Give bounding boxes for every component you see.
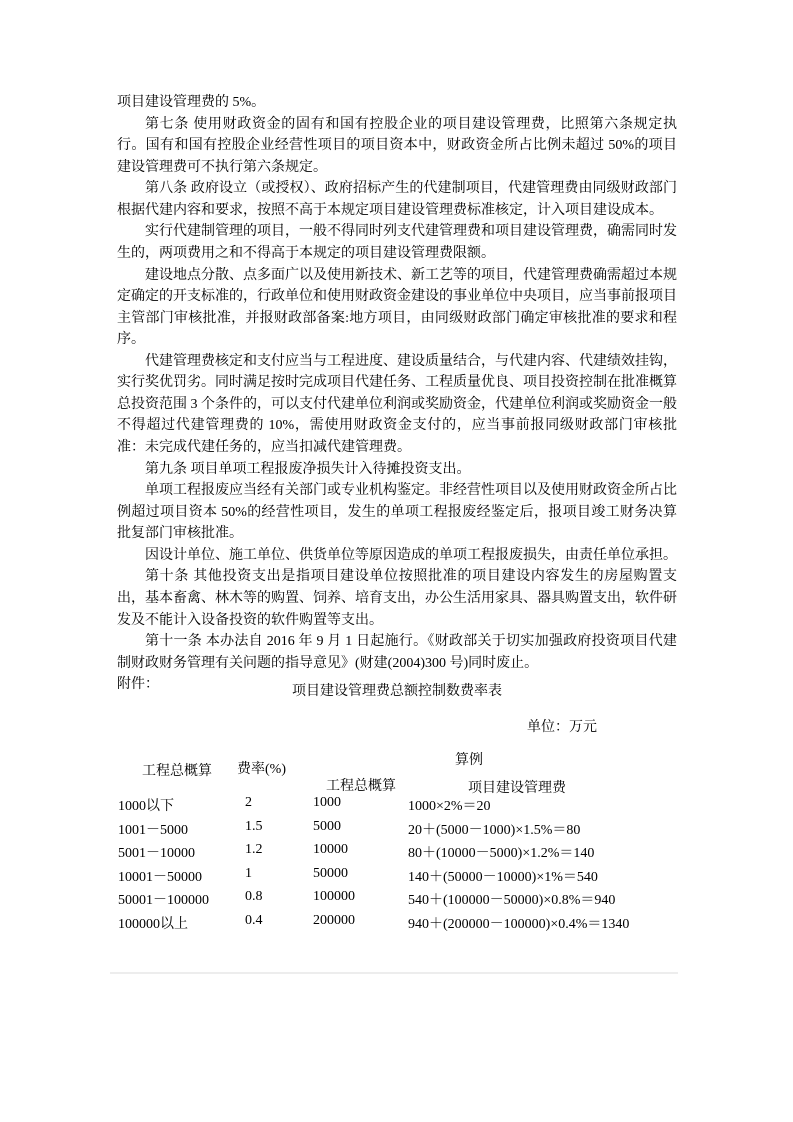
cell-range: 1000以下: [118, 795, 174, 815]
page-bottom-divider: [110, 972, 678, 974]
table-body: 1000以下 2 1000 1000×2%＝20 1001－5000 1.5 5…: [117, 793, 677, 935]
table-header: 工程总概算 费率(%) 算例 工程总概算 项目建设管理费: [117, 743, 677, 793]
paragraph-article-9-sub2: 因设计单位、施工单位、供货单位等原因造成的单项工程报废损失，由责任单位承担。: [117, 545, 677, 567]
paragraph-article-9-sub1: 单项工程报废应当经有关部门或专业机构鉴定。非经营性项目以及使用财政资金所占比例超…: [117, 480, 677, 545]
paragraph-article-11: 第十一条 本办法自 2016 年 9 月 1 日起施行。《财政部关于切实加强政府…: [117, 631, 677, 674]
attachment-section: 项目建设管理费总额控制数费率表 单位：万元 工程总概算 费率(%) 算例 工程总…: [117, 681, 677, 935]
cell-range: 10001－50000: [118, 866, 202, 886]
table-row: 1001－5000 1.5 5000 20＋(5000－1000)×1.5%＝8…: [117, 817, 677, 841]
cell-formula: 540＋(100000－50000)×0.8%＝940: [408, 889, 615, 909]
header-example-group: 算例: [455, 749, 483, 769]
header-example-gross: 工程总概算: [326, 775, 396, 795]
cell-formula: 20＋(5000－1000)×1.5%＝80: [408, 819, 580, 839]
header-gross-estimate: 工程总概算: [142, 760, 212, 780]
paragraph-article-8-sub3: 代建管理费核定和支付应当与工程进度、建设质量结合，与代建内容、代建绩效挂钩，实行…: [117, 351, 677, 459]
attachment-table-title: 项目建设管理费总额控制数费率表: [117, 681, 677, 703]
table-row: 50001－100000 0.8 100000 540＋(100000－5000…: [117, 887, 677, 911]
cell-range: 1001－5000: [118, 819, 188, 839]
cell-gross: 100000: [313, 889, 355, 905]
cell-formula: 940＋(200000－100000)×0.4%＝1340: [408, 913, 629, 933]
document-body: 项目建设管理费的 5%。 第七条 使用财政资金的固有和国有控股企业的项目建设管理…: [117, 92, 677, 696]
cell-rate: 0.8: [245, 889, 263, 905]
cell-rate: 1: [245, 866, 252, 882]
paragraph-intro-continuation: 项目建设管理费的 5%。: [117, 92, 677, 114]
unit-label: 单位：万元: [527, 719, 677, 737]
header-rate: 费率(%): [237, 758, 286, 778]
cell-formula: 140＋(50000－10000)×1%＝540: [408, 866, 598, 886]
paragraph-article-8-sub2: 建设地点分散、点多面广以及使用新技术、新工艺等的项目，代建管理费确需超过本规定确…: [117, 265, 677, 351]
paragraph-article-8: 第八条 政府设立（或授权）、政府招标产生的代建制项目，代建管理费由同级财政部门根…: [117, 178, 677, 221]
cell-rate: 1.2: [245, 842, 263, 858]
cell-range: 5001－10000: [118, 842, 195, 862]
cell-gross: 50000: [313, 866, 348, 882]
paragraph-article-7: 第七条 使用财政资金的固有和国有控股企业的项目建设管理费，比照第六条规定执行。国…: [117, 114, 677, 179]
cell-rate: 0.4: [245, 913, 263, 929]
cell-rate: 2: [245, 795, 252, 811]
paragraph-article-8-sub1: 实行代建制管理的项目，一般不得同时列支代建管理费和项目建设管理费，确需同时发生的…: [117, 221, 677, 264]
paragraph-article-10: 第十条 其他投资支出是指项目建设单位按照批准的项目建设内容发生的房屋购置支出，基…: [117, 566, 677, 631]
cell-gross: 1000: [313, 795, 341, 811]
table-row: 10001－50000 1 50000 140＋(50000－10000)×1%…: [117, 864, 677, 888]
cell-range: 100000以上: [118, 913, 188, 933]
document-page: 项目建设管理费的 5%。 第七条 使用财政资金的固有和国有控股企业的项目建设管理…: [0, 0, 793, 1122]
table-row: 5001－10000 1.2 10000 80＋(10000－5000)×1.2…: [117, 840, 677, 864]
cell-gross: 200000: [313, 913, 355, 929]
cell-formula: 1000×2%＝20: [408, 795, 491, 815]
cell-formula: 80＋(10000－5000)×1.2%＝140: [408, 842, 594, 862]
table-row: 1000以下 2 1000 1000×2%＝20: [117, 793, 677, 817]
cell-gross: 5000: [313, 819, 341, 835]
cell-rate: 1.5: [245, 819, 263, 835]
cell-gross: 10000: [313, 842, 348, 858]
table-row: 100000以上 0.4 200000 940＋(200000－100000)×…: [117, 911, 677, 935]
cell-range: 50001－100000: [118, 889, 209, 909]
paragraph-article-9: 第九条 项目单项工程报废净损失计入待摊投资支出。: [117, 459, 677, 481]
